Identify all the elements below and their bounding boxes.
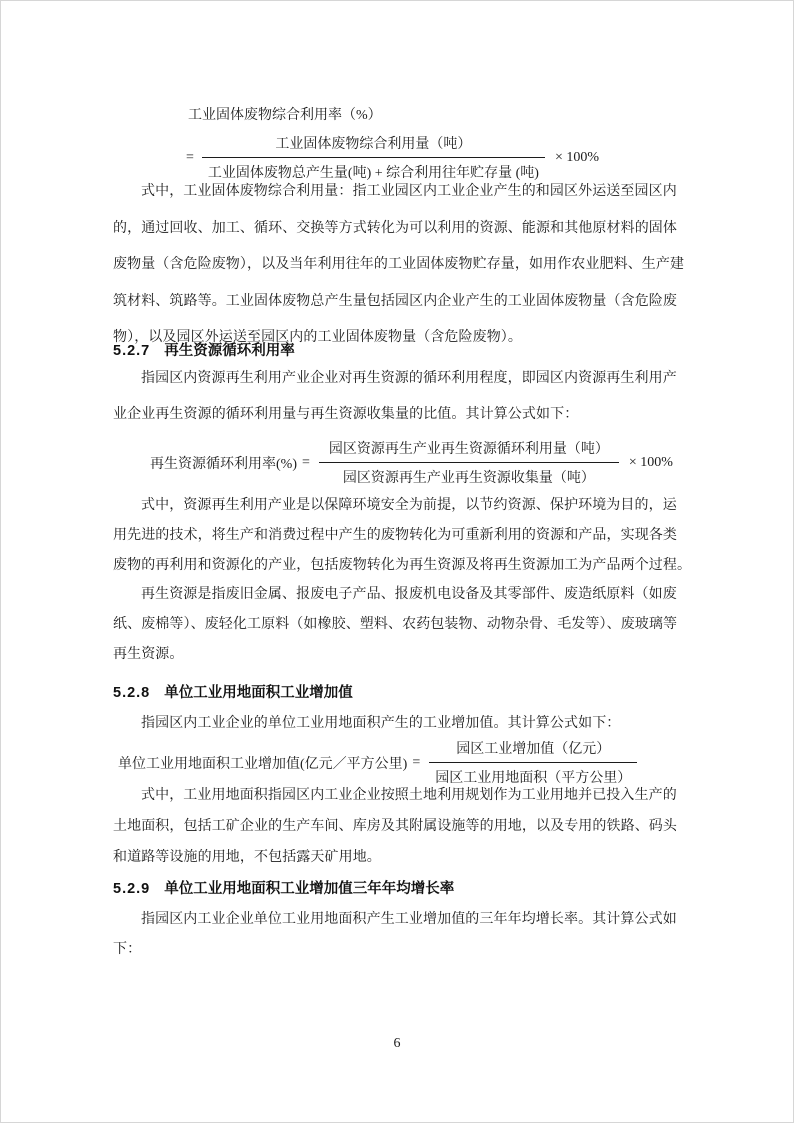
paragraph-528-note: 式中，工业用地面积指园区内工业企业按照土地利用规划作为工业用地并已投入生产的 土… xyxy=(113,780,695,873)
formula-recycling-rate: 再生资源循环利用率(%) = 园区资源再生产业再生资源循环利用量（吨） 园区资源… xyxy=(150,437,673,488)
fraction-numerator: 园区资源再生产业再生资源循环利用量（吨） xyxy=(319,437,619,463)
multiplier: × 100% xyxy=(629,455,673,471)
fraction-denominator: 园区资源再生产业再生资源收集量（吨） xyxy=(319,463,619,488)
paragraph-529-intro: 指园区内工业企业单位工业用地面积产生工业增加值的三年年均增长率。其计算公式如 下… xyxy=(113,905,695,965)
multiplier: × 100% xyxy=(555,150,599,166)
paragraph-528-intro: 指园区内工业企业的单位工业用地面积产生的工业增加值。其计算公式如下： xyxy=(113,709,695,739)
paragraph-527-note2: 再生资源是指废旧金属、报废电子产品、报废机电设备及其零部件、废造纸原料（如废 纸… xyxy=(113,580,695,670)
heading-5-2-7: 5.2.7再生资源循环利用率 xyxy=(113,341,695,361)
paragraph-527-intro: 指园区内资源再生利用产业企业对再生资源的循环利用程度，即园区内资源再生利用产 业… xyxy=(113,361,695,433)
heading-title: 单位工业用地面积工业增加值三年年均增长率 xyxy=(164,881,454,897)
heading-title: 再生资源循环利用率 xyxy=(164,343,295,359)
fraction: 园区资源再生产业再生资源循环利用量（吨） 园区资源再生产业再生资源收集量（吨） xyxy=(319,437,619,488)
formula-label: 再生资源循环利用率(%) xyxy=(150,453,297,473)
fraction-numerator: 园区工业增加值（亿元） xyxy=(429,737,637,763)
equals-sign: = xyxy=(302,455,310,471)
paragraph-527-note: 式中，资源再生利用产业是以保障环境安全为前提，以节约资源、保护环境为目的，运 用… xyxy=(113,491,695,581)
formula-solid-waste-label: 工业固体废物综合利用率（%） xyxy=(188,104,382,124)
heading-number: 5.2.9 xyxy=(113,881,150,897)
heading-5-2-9: 5.2.9单位工业用地面积工业增加值三年年均增长率 xyxy=(113,879,695,899)
document-page: 工业固体废物综合利用率（%） = 工业固体废物综合利用量（吨） 工业固体废物总产… xyxy=(0,0,794,1123)
equals-sign: = xyxy=(412,755,420,771)
heading-title: 单位工业用地面积工业增加值 xyxy=(164,685,353,701)
heading-number: 5.2.8 xyxy=(113,685,150,701)
heading-5-2-8: 5.2.8单位工业用地面积工业增加值 xyxy=(113,683,695,703)
page-number: 6 xyxy=(0,1034,794,1054)
formula-label: 单位工业用地面积工业增加值(亿元／平方公里) xyxy=(118,753,407,773)
heading-number: 5.2.7 xyxy=(113,343,150,359)
paragraph-solid-waste-note: 式中，工业固体废物综合利用量：指工业园区内工业企业产生的和园区外运送至园区内 的… xyxy=(113,174,695,357)
equals-sign: = xyxy=(186,150,194,166)
fraction-numerator: 工业固体废物综合利用量（吨） xyxy=(202,132,545,158)
